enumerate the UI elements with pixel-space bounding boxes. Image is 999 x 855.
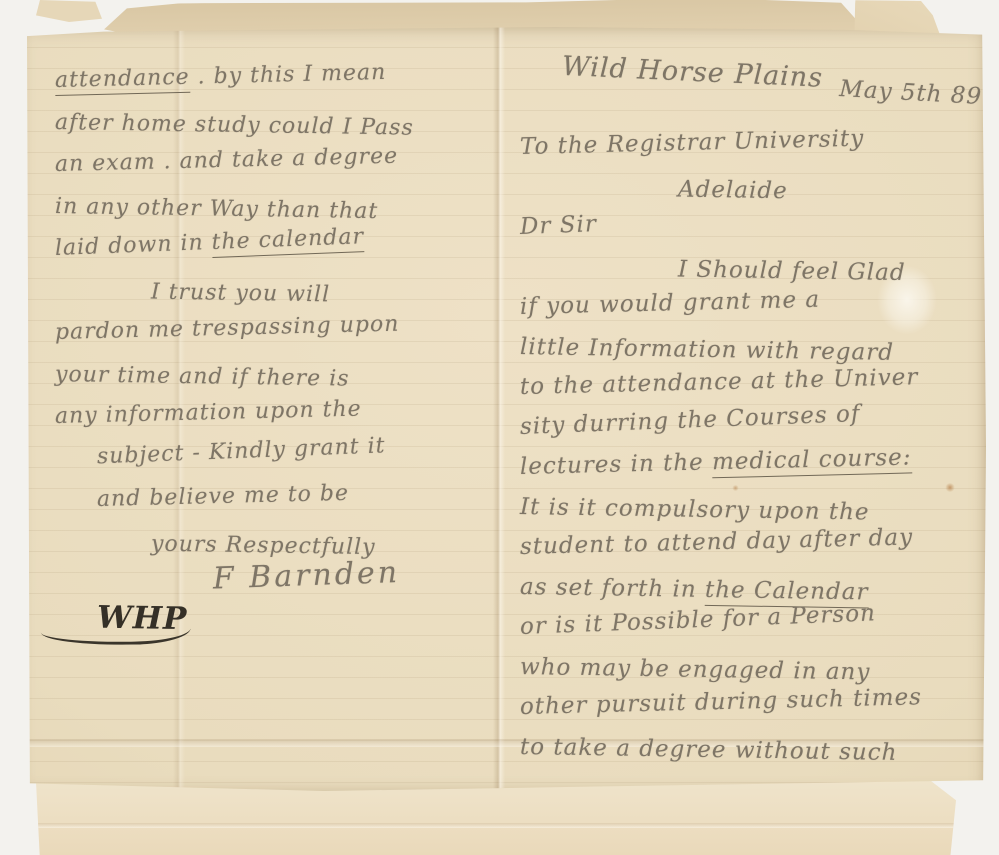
letter-line: any information upon the	[55, 393, 496, 430]
letter-line: subject - Kindly grant it	[55, 429, 496, 472]
page-left: attendance . by this I meanafter home st…	[55, 68, 495, 646]
underlined-phrase: attendance	[55, 65, 190, 96]
letter-line: to the attendance at the Univer	[520, 363, 982, 400]
letter-line: student to attend day after day	[520, 523, 982, 560]
letter-line: your time and if there is	[55, 362, 495, 395]
letter-line: It is it compulsory upon the	[520, 494, 982, 527]
letter-line: To the Registrar University	[520, 123, 982, 160]
letter-line: who may be engaged in any	[520, 654, 982, 687]
initials-monogram: WHP	[55, 604, 188, 632]
bottom-fold-flap	[36, 779, 956, 855]
letter-line: and believe me to be	[55, 477, 496, 514]
underlined-phrase: the calendar	[211, 224, 364, 258]
letter-line: I Should feel Glad	[520, 254, 982, 287]
letter-line: to take a degree without such	[520, 734, 982, 767]
letter-line: sity durring the Courses of	[520, 396, 983, 440]
scan-background: attendance . by this I meanafter home st…	[0, 0, 999, 855]
letter-line: after home study could I Pass	[55, 110, 495, 143]
letter-line: I trust you will	[55, 278, 495, 311]
underlined-phrase: medical course:	[712, 444, 912, 478]
bottom-flap-crease	[36, 823, 956, 828]
letter-line: if you would grant me a	[520, 283, 982, 320]
letter-line: lectures in the medical course:	[520, 443, 982, 480]
torn-paper-tab	[36, 0, 102, 22]
letter-line: an exam . and take a degree	[55, 141, 496, 178]
letter-line: laid down in the calendar	[55, 219, 496, 262]
signature-line: F Barnden	[55, 557, 496, 598]
letter-line: pardon me trespassing upon	[55, 309, 496, 346]
page-right: Wild Horse PlainsMay 5th 89To the Regist…	[520, 52, 982, 774]
letter-line: little Information with regard	[520, 334, 982, 367]
letter-line: other pursuit during such times	[520, 683, 982, 720]
